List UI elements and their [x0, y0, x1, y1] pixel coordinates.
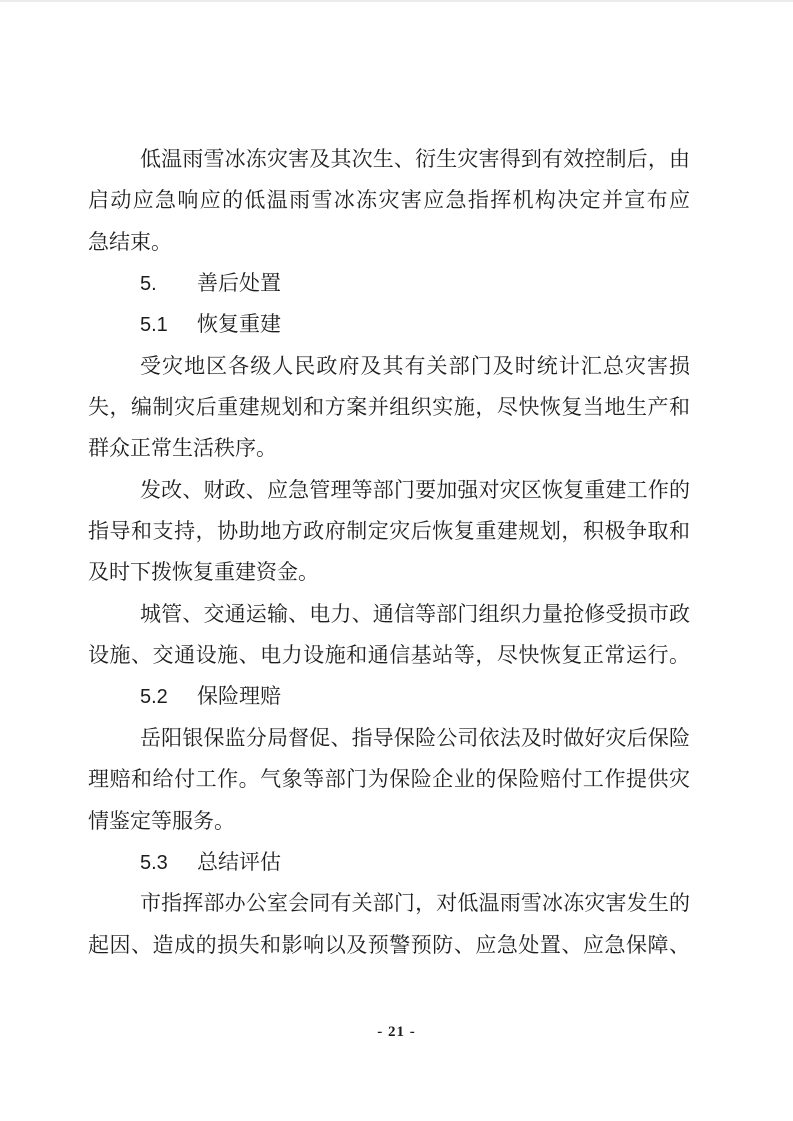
text-line: 群众正常生活秩序。 [88, 428, 690, 469]
text-line: 急结束。 [88, 222, 690, 263]
heading-label: 保险理赔 [197, 684, 281, 708]
heading-label: 总结评估 [197, 850, 281, 874]
heading-label: 善后处置 [197, 271, 281, 295]
text-line: 岳阳银保监分局督促、指导保险公司依法及时做好灾后保险 [88, 718, 690, 759]
text-line: 低温雨雪冰冻灾害及其次生、衍生灾害得到有效控制后，由 [88, 139, 690, 180]
text-line: 设施、交通设施、电力设施和通信基站等，尽快恢复正常运行。 [88, 635, 690, 676]
heading-number: 5.1 [140, 305, 197, 345]
subsection-heading: 5.1恢复重建 [88, 304, 690, 345]
paragraph: 岳阳银保监分局督促、指导保险公司依法及时做好灾后保险 理赔和给付工作。气象等部门… [88, 718, 690, 842]
text-line: 受灾地区各级人民政府及其有关部门及时统计汇总灾害损 [88, 346, 690, 387]
paragraph: 低温雨雪冰冻灾害及其次生、衍生灾害得到有效控制后，由 启动应急响应的低温雨雪冰冻… [88, 139, 690, 263]
paragraph: 城管、交通运输、电力、通信等部门组织力量抢修受损市政 设施、交通设施、电力设施和… [88, 594, 690, 677]
subsection-heading: 5.3总结评估 [88, 842, 690, 883]
text-line: 城管、交通运输、电力、通信等部门组织力量抢修受损市政 [88, 594, 690, 635]
heading-label: 恢复重建 [197, 312, 281, 336]
text-line: 情鉴定等服务。 [88, 801, 690, 842]
paragraph: 市指挥部办公室会同有关部门，对低温雨雪冰冻灾害发生的 起因、造成的损失和影响以及… [88, 883, 690, 966]
text-line: 市指挥部办公室会同有关部门，对低温雨雪冰冻灾害发生的 [88, 883, 690, 924]
text-line: 启动应急响应的低温雨雪冰冻灾害应急指挥机构决定并宣布应 [88, 180, 690, 221]
paragraph: 受灾地区各级人民政府及其有关部门及时统计汇总灾害损 失，编制灾后重建规划和方案并… [88, 346, 690, 470]
page-number: - 21 - [0, 1024, 793, 1041]
text-line: 起因、造成的损失和影响以及预警预防、应急处置、应急保障、 [88, 925, 690, 966]
paragraph: 发改、财政、应急管理等部门要加强对灾区恢复重建工作的 指导和支持，协助地方政府制… [88, 470, 690, 594]
text-line: 指导和支持，协助地方政府制定灾后恢复重建规划，积极争取和 [88, 511, 690, 552]
heading-number: 5.2 [140, 677, 197, 717]
page-body: 低温雨雪冰冻灾害及其次生、衍生灾害得到有效控制后，由 启动应急响应的低温雨雪冰冻… [88, 139, 690, 966]
text-line: 理赔和给付工作。气象等部门为保险企业的保险赔付工作提供灾 [88, 759, 690, 800]
text-line: 及时下拨恢复重建资金。 [88, 552, 690, 593]
heading-number: 5. [140, 264, 197, 304]
heading-number: 5.3 [140, 843, 197, 883]
section-heading: 5.善后处置 [88, 263, 690, 304]
text-line: 发改、财政、应急管理等部门要加强对灾区恢复重建工作的 [88, 470, 690, 511]
subsection-heading: 5.2保险理赔 [88, 676, 690, 717]
text-line: 失，编制灾后重建规划和方案并组织实施，尽快恢复当地生产和 [88, 387, 690, 428]
document-page: 低温雨雪冰冻灾害及其次生、衍生灾害得到有效控制后，由 启动应急响应的低温雨雪冰冻… [0, 0, 793, 1121]
